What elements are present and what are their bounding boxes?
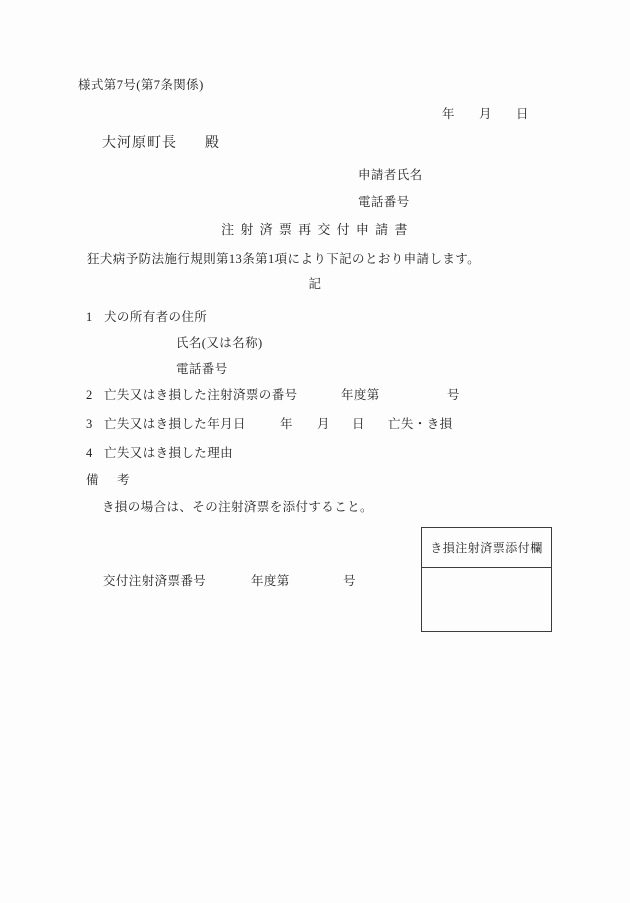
addressee-name: 大河原町長 (102, 136, 177, 151)
item-2-fiscal-year-prefix: 年度第 (341, 389, 380, 403)
date-month-label: 月 (479, 108, 492, 122)
attachment-box: き損注射済票添付欄 (421, 527, 552, 632)
item-3-month-label: 月 (317, 418, 330, 432)
issued-fiscal-year-prefix: 年度第 (251, 575, 290, 589)
issued-number-suffix: 号 (343, 575, 356, 589)
item-1-number: 1 (86, 311, 93, 325)
applicant-phone-label: 電話番号 (358, 196, 410, 210)
item-3-number: 3 (86, 418, 93, 432)
attachment-area (422, 568, 551, 632)
addressee-honorific: 殿 (205, 136, 220, 151)
item-3-loss-or-damage: 亡失・き損 (388, 418, 453, 432)
application-form-page: 様式第7号(第7条関係) 年 月 日 大河原町長 殿 申請者氏名 電話番号 注 … (0, 0, 630, 903)
document-title: 注 射 済 票 再 交 付 申 請 書 (0, 223, 630, 237)
remarks-label: 備 考 (86, 474, 133, 488)
item-3-label: 亡失又はき損した年月日 (104, 418, 246, 432)
item-2-number-suffix: 号 (447, 389, 460, 403)
remarks-note: き損の場合は、その注射済票を添付すること。 (102, 501, 373, 515)
date-year-label: 年 (442, 108, 455, 122)
attachment-box-title: き損注射済票添付欄 (422, 528, 551, 568)
record-mark: 記 (0, 278, 630, 292)
issued-number-label: 交付注射済票番号 (103, 575, 206, 589)
item-3-day-label: 日 (352, 418, 365, 432)
item-4-label: 亡失又はき損した理由 (104, 447, 233, 461)
owner-name-label: 氏名(又は名称) (176, 337, 263, 351)
item-3-year-label: 年 (280, 418, 293, 432)
item-1-label: 犬の所有者の住所 (104, 311, 207, 325)
date-day-label: 日 (516, 108, 529, 122)
owner-phone-label: 電話番号 (176, 363, 228, 377)
item-4-number: 4 (86, 447, 93, 461)
intro-text: 狂犬病予防法施行規則第13条第1項により下記のとおり申請します。 (87, 253, 480, 267)
item-2-number: 2 (86, 389, 93, 403)
form-number: 様式第7号(第7条関係) (78, 79, 204, 93)
applicant-name-label: 申請者氏名 (358, 169, 423, 183)
item-2-label: 亡失又はき損した注射済票の番号 (104, 389, 298, 403)
